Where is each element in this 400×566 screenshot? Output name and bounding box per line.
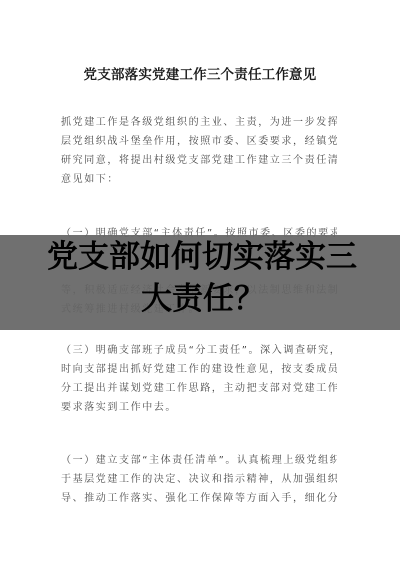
headline-overlay: 党支部如何切实落实三 大责任？ xyxy=(0,236,400,320)
paragraph-line: 要求落实到工作中去。 xyxy=(61,398,337,417)
paragraph-line: 层党组织战斗堡垒作用，按照市委、区委要求，经镇党委 xyxy=(61,132,337,151)
paragraph-line: 于基层党建工作的决定、决议和指示精神，从加强组织领 xyxy=(61,470,337,489)
paragraph-line: 导、推动工作落实、强化工作保障等方面入手，细化分解 xyxy=(61,489,337,508)
paragraph-responsibility-list: （一）建立支部“主体责任清单”。认真梳理上级党组织关 于基层党建工作的决定、决议… xyxy=(61,451,337,508)
paragraph-line: 意见如下： xyxy=(61,170,337,189)
paragraph-line: （一）建立支部“主体责任清单”。认真梳理上级党组织关 xyxy=(61,451,337,470)
headline-line-1: 党支部如何切实落实三 xyxy=(0,236,400,278)
paragraph-line: 分工提出并谋划党建工作思路，主动把支部对党建工作的 xyxy=(61,379,337,398)
headline-line-2: 大责任？ xyxy=(0,278,400,320)
paragraph-division-responsibility: （三）明确支部班子成员“分工责任”。深入调查研究，及 时向支部提出抓好党建工作的… xyxy=(61,341,337,417)
paragraph-line: 抓党建工作是各级党组织的主业、主责，为进一步发挥基 xyxy=(61,113,337,132)
document-title: 党支部落实党建工作三个责任工作意见 xyxy=(0,63,400,83)
paragraph-line: 时向支部提出抓好党建工作的建设性意见，按支委成员的 xyxy=(61,360,337,379)
paragraph-line: 研究同意，将提出村级党支部党建工作建立三个责任清单 xyxy=(61,151,337,170)
document-page: 党支部落实党建工作三个责任工作意见 抓党建工作是各级党组织的主业、主责，为进一步… xyxy=(0,0,400,566)
paragraph-intro: 抓党建工作是各级党组织的主业、主责，为进一步发挥基 层党组织战斗堡垒作用，按照市… xyxy=(61,113,337,189)
paragraph-line: （三）明确支部班子成员“分工责任”。深入调查研究，及 xyxy=(61,341,337,360)
